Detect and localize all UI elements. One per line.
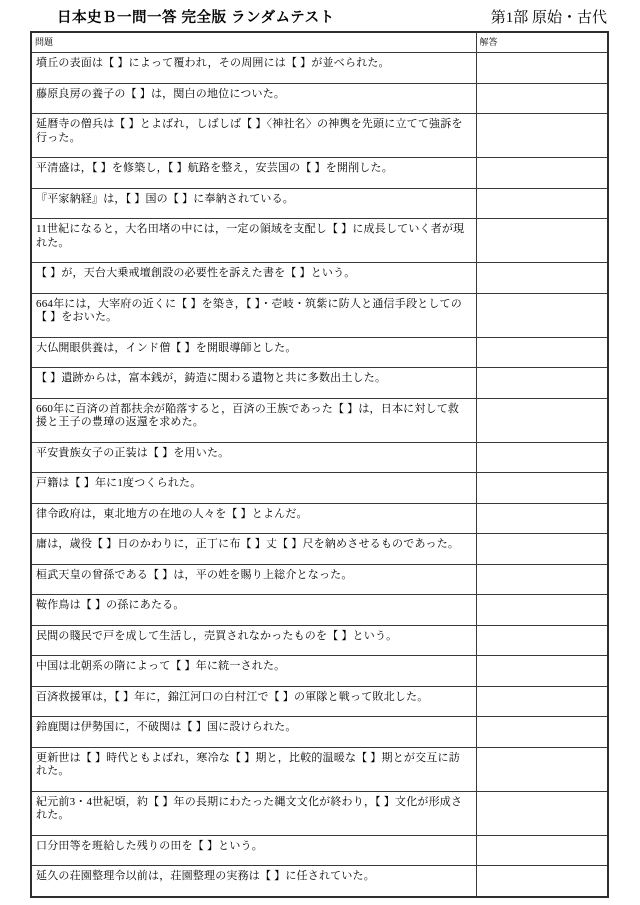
question-cell: 更新世は【 】時代ともよばれ，寒冷な【 】期と，比較的温暖な【 】期とが交互に訪… [31,747,476,791]
question-cell: 平清盛は，【 】を修築し，【 】航路を整え，安芸国の【 】を開削した。 [31,158,476,189]
table-row: 庸は，歳役【 】日のかわりに，正丁に布【 】丈【 】尺を納めさせるものであった。 [31,534,608,565]
question-cell: 戸籍は【 】年に1度つくられた。 [31,473,476,504]
question-cell: 鈴鹿関は伊勢国に，不破関は【 】国に設けられた。 [31,717,476,748]
question-cell: 紀元前3・4世紀頃，約【 】年の長期にわたった縄文文化が終わり，【 】文化が形成… [31,791,476,835]
answer-cell [476,114,608,158]
answer-cell [476,866,608,897]
table-row: 大仏開眼供養は，インド僧【 】を開眼導師とした。 [31,337,608,368]
answer-cell [476,83,608,114]
table-row: 664年には，大宰府の近くに【 】を築き，【 】・壱岐・筑紫に防人と通信手段とし… [31,293,608,337]
answer-cell [476,398,608,442]
table-row: 墳丘の表面は【 】によって覆われ，その周囲には【 】が並べられた。 [31,53,608,84]
question-cell: 墳丘の表面は【 】によって覆われ，その周囲には【 】が並べられた。 [31,53,476,84]
question-cell: 口分田等を班給した残りの田を【 】という。 [31,835,476,866]
table-row: 民間の賤民で戸を成して生活し，売買されなかったものを【 】という。 [31,625,608,656]
answer-cell [476,717,608,748]
question-cell: 百済救援軍は，【 】年に，錦江河口の白村江で【 】の軍隊と戦って敗北した。 [31,686,476,717]
question-cell: 大仏開眼供養は，インド僧【 】を開眼導師とした。 [31,337,476,368]
answer-cell [476,473,608,504]
table-row: 【 】が，天台大乗戒壇創設の必要性を訴えた書を【 】という。 [31,263,608,294]
answer-cell [476,219,608,263]
answer-cell [476,158,608,189]
answer-cell [476,656,608,687]
table-row: 延久の荘園整理令以前は，荘園整理の実務は【 】に任されていた。 [31,866,608,897]
question-cell: 【 】遺跡からは，富本銭が，鋳造に関わる遺物と共に多数出土した。 [31,368,476,399]
answer-cell [476,442,608,473]
question-cell: 中国は北朝系の隋によって【 】年に統一された。 [31,656,476,687]
page-title: 日本史Ｂ一問一答 完全版 ランダムテスト [57,6,335,27]
question-cell: 民間の賤民で戸を成して生活し，売買されなかったものを【 】という。 [31,625,476,656]
answer-cell [476,625,608,656]
question-cell: 延久の荘園整理令以前は，荘園整理の実務は【 】に任されていた。 [31,866,476,897]
answer-cell [476,368,608,399]
table-row: 鈴鹿関は伊勢国に，不破関は【 】国に設けられた。 [31,717,608,748]
answer-cell [476,53,608,84]
answer-cell [476,686,608,717]
qa-table: 問題 解答 墳丘の表面は【 】によって覆われ，その周囲には【 】が並べられた。 … [30,31,609,898]
answer-cell [476,747,608,791]
table-row: 口分田等を班給した残りの田を【 】という。 [31,835,608,866]
table-row: 平清盛は，【 】を修築し，【 】航路を整え，安芸国の【 】を開削した。 [31,158,608,189]
answer-cell [476,337,608,368]
document-header: 日本史Ｂ一問一答 完全版 ランダムテスト 第1部 原始・古代 [57,6,607,27]
table-row: 鞍作鳥は【 】の孫にあたる。 [31,595,608,626]
answer-cell [476,503,608,534]
table-row: 【 】遺跡からは，富本銭が，鋳造に関わる遺物と共に多数出土した。 [31,368,608,399]
question-cell: 11世紀になると，大名田堵の中には，一定の領域を支配し【 】に成長していく者が現… [31,219,476,263]
question-cell: 庸は，歳役【 】日のかわりに，正丁に布【 】丈【 】尺を納めさせるものであった。 [31,534,476,565]
section-title: 第1部 原始・古代 [491,6,607,27]
question-cell: 延暦寺の僧兵は【 】とよばれ，しばしば【 】〈神社名〉の神輿を先頭に立てて強訴を… [31,114,476,158]
answer-cell [476,791,608,835]
table-row: 桓武天皇の曾孫である【 】は，平の姓を賜り上総介となった。 [31,564,608,595]
question-cell: 『平家納経』は，【 】国の【 】に奉納されている。 [31,188,476,219]
answer-cell [476,835,608,866]
table-row: 中国は北朝系の隋によって【 】年に統一された。 [31,656,608,687]
table-row: 平安貴族女子の正装は【 】を用いた。 [31,442,608,473]
answer-cell [476,263,608,294]
column-header-question: 問題 [31,32,476,53]
answer-cell [476,564,608,595]
question-cell: 664年には，大宰府の近くに【 】を築き，【 】・壱岐・筑紫に防人と通信手段とし… [31,293,476,337]
question-cell: 660年に百済の首都扶余が陥落すると，百済の王族であった【 】は，日本に対して救… [31,398,476,442]
table-row: 11世紀になると，大名田堵の中には，一定の領域を支配し【 】に成長していく者が現… [31,219,608,263]
document-page: 日本史Ｂ一問一答 完全版 ランダムテスト 第1部 原始・古代 問題 解答 墳丘の… [0,0,640,905]
question-cell: 律令政府は，東北地方の在地の人々を【 】とよんだ。 [31,503,476,534]
table-row: 百済救援軍は，【 】年に，錦江河口の白村江で【 】の軍隊と戦って敗北した。 [31,686,608,717]
question-cell: 平安貴族女子の正装は【 】を用いた。 [31,442,476,473]
answer-cell [476,293,608,337]
table-header-row: 問題 解答 [31,32,608,53]
table-row: 更新世は【 】時代ともよばれ，寒冷な【 】期と，比較的温暖な【 】期とが交互に訪… [31,747,608,791]
column-header-answer: 解答 [476,32,608,53]
table-row: 戸籍は【 】年に1度つくられた。 [31,473,608,504]
table-row: 紀元前3・4世紀頃，約【 】年の長期にわたった縄文文化が終わり，【 】文化が形成… [31,791,608,835]
question-cell: 藤原良房の養子の【 】は，関白の地位についた。 [31,83,476,114]
answer-cell [476,595,608,626]
table-row: 660年に百済の首都扶余が陥落すると，百済の王族であった【 】は，日本に対して救… [31,398,608,442]
answer-cell [476,188,608,219]
table-row: 藤原良房の養子の【 】は，関白の地位についた。 [31,83,608,114]
table-row: 『平家納経』は，【 】国の【 】に奉納されている。 [31,188,608,219]
answer-cell [476,534,608,565]
table-row: 延暦寺の僧兵は【 】とよばれ，しばしば【 】〈神社名〉の神輿を先頭に立てて強訴を… [31,114,608,158]
question-cell: 鞍作鳥は【 】の孫にあたる。 [31,595,476,626]
question-cell: 【 】が，天台大乗戒壇創設の必要性を訴えた書を【 】という。 [31,263,476,294]
question-cell: 桓武天皇の曾孫である【 】は，平の姓を賜り上総介となった。 [31,564,476,595]
table-row: 律令政府は，東北地方の在地の人々を【 】とよんだ。 [31,503,608,534]
